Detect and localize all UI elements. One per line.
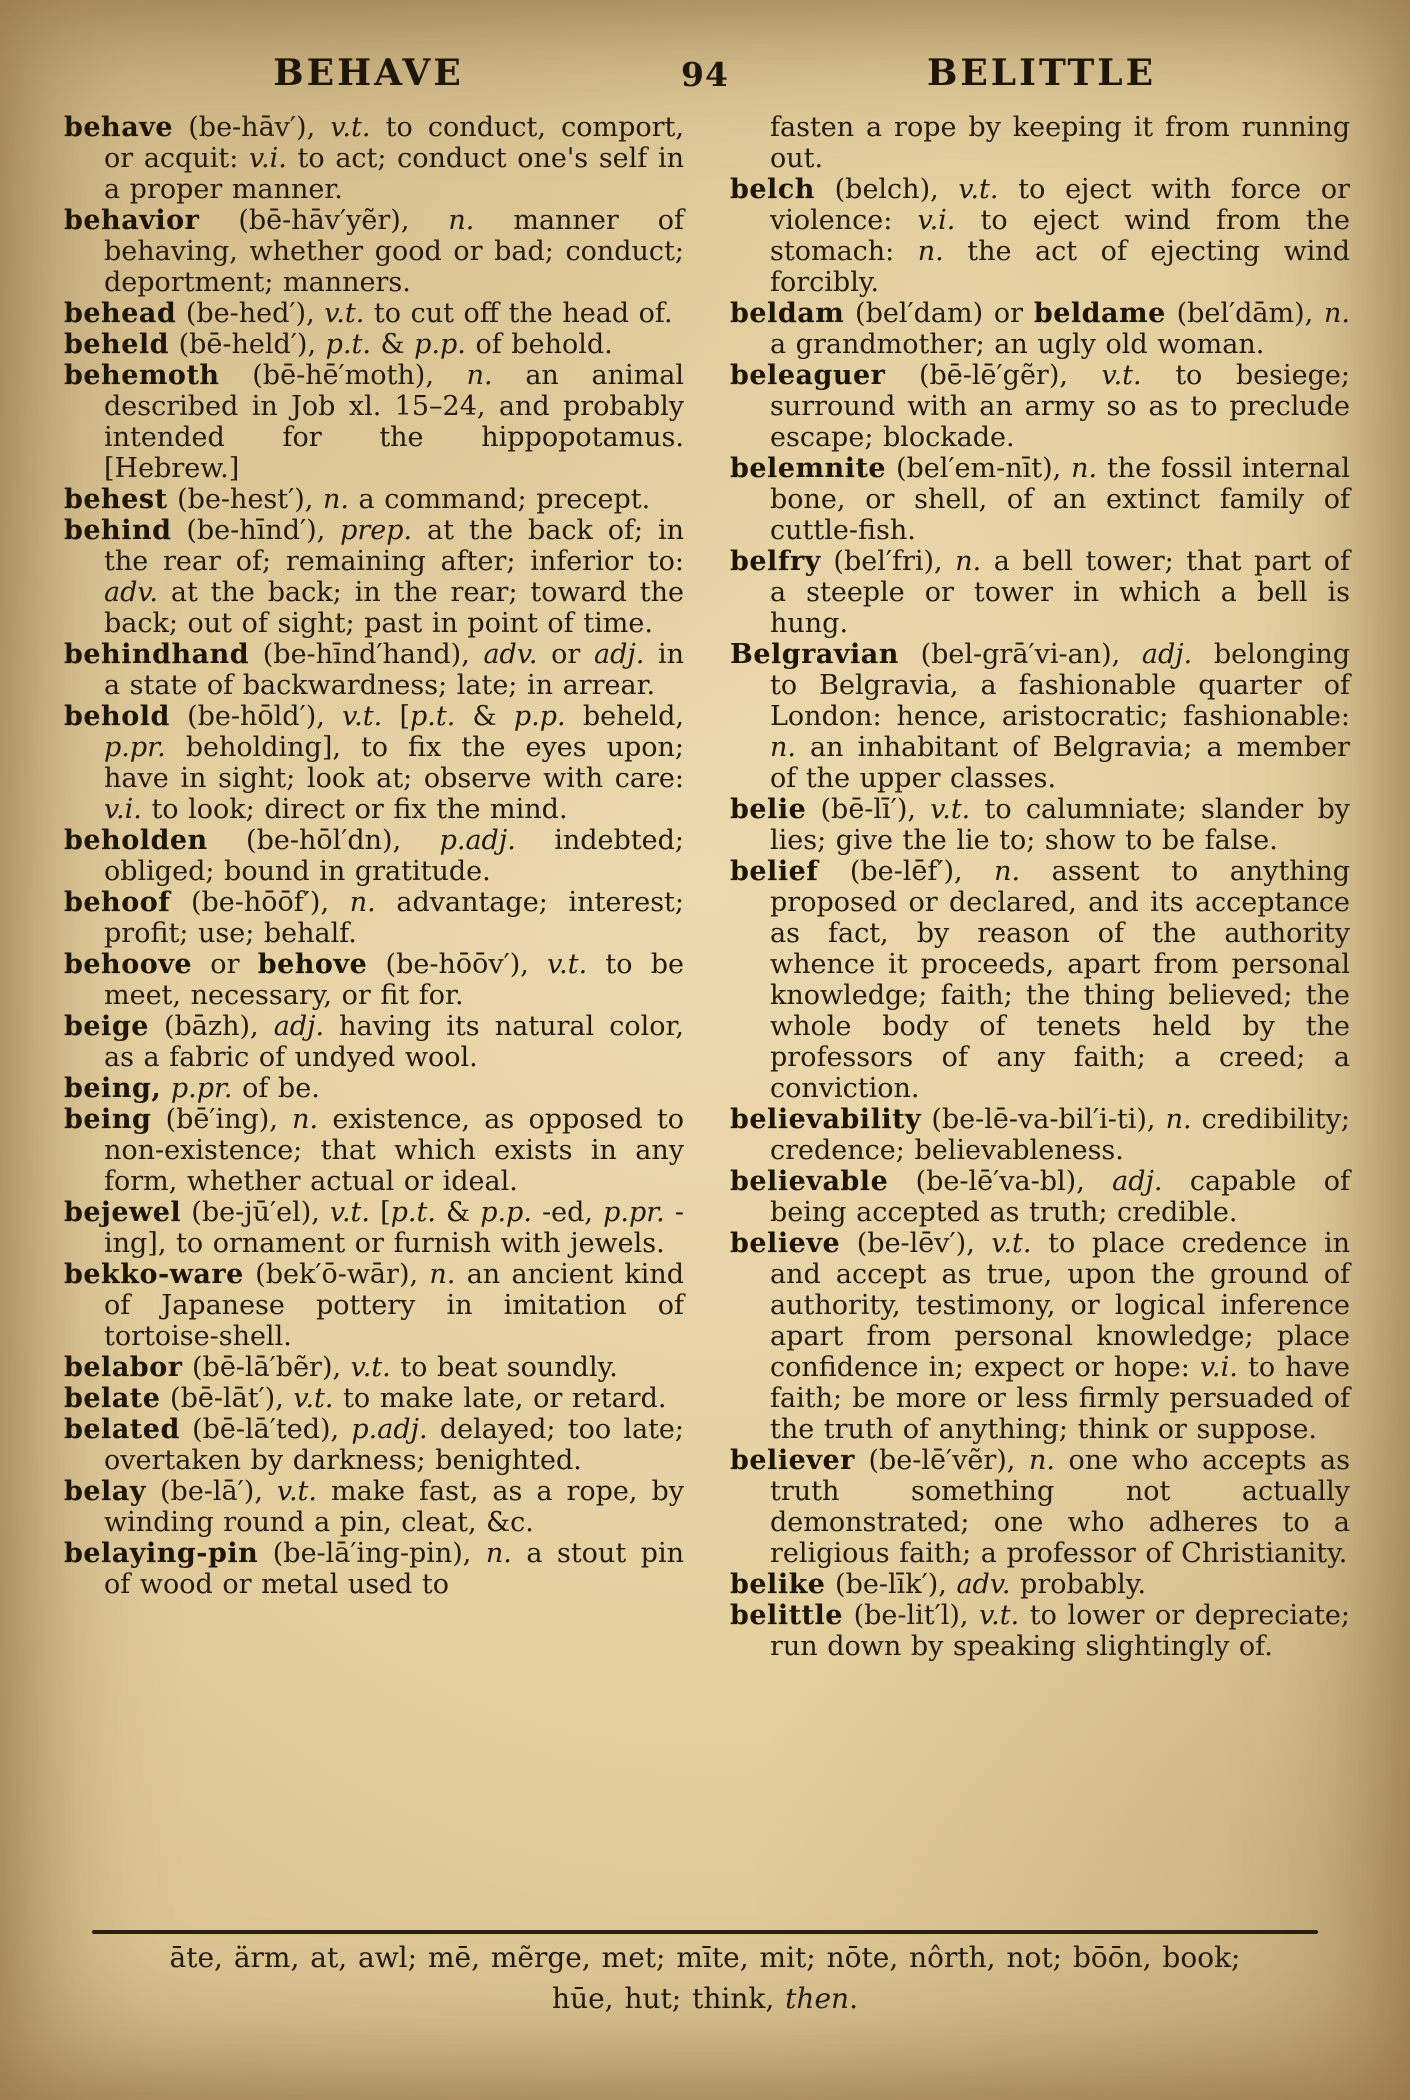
dictionary-entry: behave (be-hāv′), v.t. to conduct, compo… xyxy=(64,112,684,205)
grammar-label: n. xyxy=(486,1538,512,1569)
entry-headword: believable xyxy=(730,1166,888,1197)
entry-headword: beholden xyxy=(64,825,208,856)
dictionary-entry: belated (bē-lā′ted), p.adj. delayed; too… xyxy=(64,1414,684,1476)
grammar-label: p.adj. xyxy=(351,1414,427,1445)
dictionary-entry: beleaguer (bē-lē′gẽr), v.t. to besiege; … xyxy=(730,360,1350,453)
entry-headword: behind xyxy=(64,515,171,546)
grammar-label: then xyxy=(785,1982,849,2015)
entry-headword: belie xyxy=(730,794,806,825)
grammar-label: v.i. xyxy=(1200,1352,1238,1383)
dictionary-entry: Belgravian (bel-grā′vi-an), adj. belongi… xyxy=(730,639,1350,794)
entry-headword: belabor xyxy=(64,1352,182,1383)
grammar-label: adv. xyxy=(104,577,158,608)
grammar-label: v.t. xyxy=(958,174,998,205)
dictionary-entry: belie (bē-lī′), v.t. to calumniate; slan… xyxy=(730,794,1350,856)
dictionary-entry: behind (be-hīnd′), prep. at the back of;… xyxy=(64,515,684,639)
grammar-label: p.pr. xyxy=(171,1073,233,1104)
dictionary-entry: beldam (bel′dam) or beldame (bel′dām), n… xyxy=(730,298,1350,360)
entry-headword: behavior xyxy=(64,205,199,236)
dictionary-entry: behest (be-hest′), n. a command; precept… xyxy=(64,484,684,515)
entry-headword: behoove xyxy=(64,949,192,980)
entry-headword: belaying-pin xyxy=(64,1538,258,1569)
entry-headword: being xyxy=(64,1104,151,1135)
dictionary-entry: being (bē′ing), n. existence, as opposed… xyxy=(64,1104,684,1197)
entry-headword: believability xyxy=(730,1104,921,1135)
grammar-label: v.t. xyxy=(277,1476,317,1507)
entry-headword: beldame xyxy=(1034,298,1166,329)
entry-headword: behead xyxy=(64,298,176,329)
dictionary-entry: belay (be-lā′), v.t. make fast, as a rop… xyxy=(64,1476,684,1538)
entry-headword: belike xyxy=(730,1569,825,1600)
grammar-label: p.t. xyxy=(391,1197,436,1228)
dictionary-entry: believe (be-lēv′), v.t. to place credenc… xyxy=(730,1228,1350,1445)
grammar-label: v.i. xyxy=(104,794,142,825)
grammar-label: n. xyxy=(1324,298,1350,329)
grammar-label: v.t. xyxy=(330,1197,370,1228)
dictionary-entry: believable (be-lē′va-bl), adj. capable o… xyxy=(730,1166,1350,1228)
dictionary-entry: belemnite (bel′em-nīt), n. the fossil in… xyxy=(730,453,1350,546)
dictionary-entry: bejewel (be-jū′el), v.t. [p.t. & p.p. -e… xyxy=(64,1197,684,1259)
entry-headword: behold xyxy=(64,701,170,732)
dictionary-entry: belike (be-līk′), adv. probably. xyxy=(730,1569,1350,1600)
grammar-label: v.t. xyxy=(991,1228,1031,1259)
dictionary-entry: behoof (be-hōōf′), n. advantage; interes… xyxy=(64,887,684,949)
dictionary-entry: behold (be-hōld′), v.t. [p.t. & p.p. beh… xyxy=(64,701,684,825)
dictionary-entry: belabor (bē-lā′bẽr), v.t. to beat soundl… xyxy=(64,1352,684,1383)
grammar-label: p.pr. xyxy=(104,732,166,763)
grammar-label: n. xyxy=(350,887,376,918)
page-header: BEHAVE 94 BELITTLE xyxy=(0,52,1410,94)
entry-headword: beleaguer xyxy=(730,360,885,391)
grammar-label: n. xyxy=(1071,453,1097,484)
entry-headword: belay xyxy=(64,1476,146,1507)
dictionary-entry: behemoth (bē-hē′moth), n. an animal desc… xyxy=(64,360,684,484)
grammar-label: p.p. xyxy=(414,329,466,360)
entry-headword: behove xyxy=(258,949,368,980)
grammar-label: n. xyxy=(292,1104,318,1135)
page-footer: āte, ärm, at, awl; mē, mẽrge, met; mīte,… xyxy=(0,1930,1410,2016)
grammar-label: p.pr. xyxy=(603,1197,665,1228)
grammar-label: adj. xyxy=(274,1011,324,1042)
entry-headword: behemoth xyxy=(64,360,220,391)
grammar-label: n. xyxy=(955,546,981,577)
pronunciation-key-line-1: āte, ärm, at, awl; mē, mẽrge, met; mīte,… xyxy=(80,1940,1330,1975)
grammar-label: n. xyxy=(429,1259,455,1290)
entry-headword: belittle xyxy=(730,1600,843,1631)
dictionary-entry: behindhand (be-hīnd′hand), adv. or adj. … xyxy=(64,639,684,701)
grammar-label: adj. xyxy=(594,639,644,670)
dictionary-entry: behoove or behove (be-hōōv′), v.t. to be… xyxy=(64,949,684,1011)
grammar-label: n. xyxy=(323,484,349,515)
entry-headword: belate xyxy=(64,1383,160,1414)
grammar-label: n. xyxy=(1166,1104,1192,1135)
grammar-label: n. xyxy=(1029,1445,1055,1476)
grammar-label: v.t. xyxy=(930,794,970,825)
grammar-label: p.p. xyxy=(480,1197,532,1228)
grammar-label: adj. xyxy=(1142,639,1192,670)
grammar-label: v.t. xyxy=(979,1600,1019,1631)
grammar-label: v.i. xyxy=(918,205,956,236)
entry-headword: believe xyxy=(730,1228,840,1259)
grammar-label: adj. xyxy=(1112,1166,1162,1197)
page-number: 94 xyxy=(673,55,737,94)
entry-headword: bekko-ware xyxy=(64,1259,244,1290)
entry-headword: behindhand xyxy=(64,639,249,670)
dictionary-entry: belch (belch), v.t. to eject with force … xyxy=(730,174,1350,298)
grammar-label: prep. xyxy=(340,515,412,546)
grammar-label: v.t. xyxy=(351,1352,391,1383)
grammar-label: p.adj. xyxy=(440,825,516,856)
grammar-label: n. xyxy=(467,360,493,391)
entry-headword: beheld xyxy=(64,329,169,360)
grammar-label: n. xyxy=(994,856,1020,887)
dictionary-entry: beholden (be-hōl′dn), p.adj. indebted; o… xyxy=(64,825,684,887)
dictionary-entry: bekko-ware (bek′ō-wār), n. an ancient ki… xyxy=(64,1259,684,1352)
left-column: behave (be-hāv′), v.t. to conduct, compo… xyxy=(64,112,684,1662)
grammar-label: v.t. xyxy=(547,949,587,980)
footer-rule xyxy=(92,1930,1318,1934)
dictionary-entry: belittle (be-lit′l), v.t. to lower or de… xyxy=(730,1600,1350,1662)
dictionary-entry: belaying-pin (be-lā′ing-pin), n. a stout… xyxy=(64,1538,684,1600)
dictionary-entry: believability (be-lē-va-bil′i-ti), n. cr… xyxy=(730,1104,1350,1166)
grammar-label: v.t. xyxy=(293,1383,333,1414)
entry-headword: being, xyxy=(64,1073,161,1104)
grammar-label: n. xyxy=(918,236,944,267)
text-columns: behave (be-hāv′), v.t. to conduct, compo… xyxy=(64,112,1350,1662)
pronunciation-key-line-2: hūe, hut; think, then. xyxy=(80,1981,1330,2016)
entry-headword: belfry xyxy=(730,546,821,577)
entry-headword: behave xyxy=(64,112,173,143)
dictionary-entry: believer (be-lē′vẽr), n. one who accepts… xyxy=(730,1445,1350,1569)
header-right-word: BELITTLE xyxy=(737,52,1346,94)
dictionary-entry: beige (bāzh), adj. having its natural co… xyxy=(64,1011,684,1073)
grammar-label: n. xyxy=(770,732,796,763)
dictionary-entry: belief (be-lēf′), n. assent to anything … xyxy=(730,856,1350,1104)
dictionary-entry: behavior (bē-hāv′yẽr), n. manner of beha… xyxy=(64,205,684,298)
header-left-word: BEHAVE xyxy=(64,52,673,94)
grammar-label: p.t. xyxy=(410,701,455,732)
grammar-label: v.t. xyxy=(330,112,370,143)
dictionary-entry: behead (be-hed′), v.t. to cut off the he… xyxy=(64,298,684,329)
entry-headword: Belgravian xyxy=(730,639,899,670)
entry-headword: behest xyxy=(64,484,168,515)
dictionary-entry: beheld (bē-held′), p.t. & p.p. of behold… xyxy=(64,329,684,360)
grammar-label: adv. xyxy=(956,1569,1010,1600)
grammar-label: p.t. xyxy=(326,329,371,360)
grammar-label: v.t. xyxy=(1102,360,1142,391)
dictionary-entry: belfry (bel′fri), n. a bell tower; that … xyxy=(730,546,1350,639)
entry-headword: belief xyxy=(730,856,818,887)
grammar-label: v.i. xyxy=(249,143,287,174)
grammar-label: v.t. xyxy=(324,298,364,329)
entry-headword: bejewel xyxy=(64,1197,181,1228)
grammar-label: v.t. xyxy=(342,701,382,732)
dictionary-entry: belate (bē-lāt′), v.t. to make late, or … xyxy=(64,1383,684,1414)
entry-headword: behoof xyxy=(64,887,170,918)
entry-headword: beige xyxy=(64,1011,149,1042)
dictionary-entry: being, p.pr. of be. xyxy=(64,1073,684,1104)
entry-headword: believer xyxy=(730,1445,855,1476)
entry-headword: belch xyxy=(730,174,815,205)
grammar-label: n. xyxy=(448,205,474,236)
entry-headword: beldam xyxy=(730,298,844,329)
entry-continuation: fasten a rope by keeping it from running… xyxy=(730,112,1350,174)
grammar-label: p.p. xyxy=(514,701,566,732)
entry-headword: belemnite xyxy=(730,453,886,484)
entry-headword: belated xyxy=(64,1414,180,1445)
grammar-label: adv. xyxy=(483,639,537,670)
right-column: fasten a rope by keeping it from running… xyxy=(730,112,1350,1662)
